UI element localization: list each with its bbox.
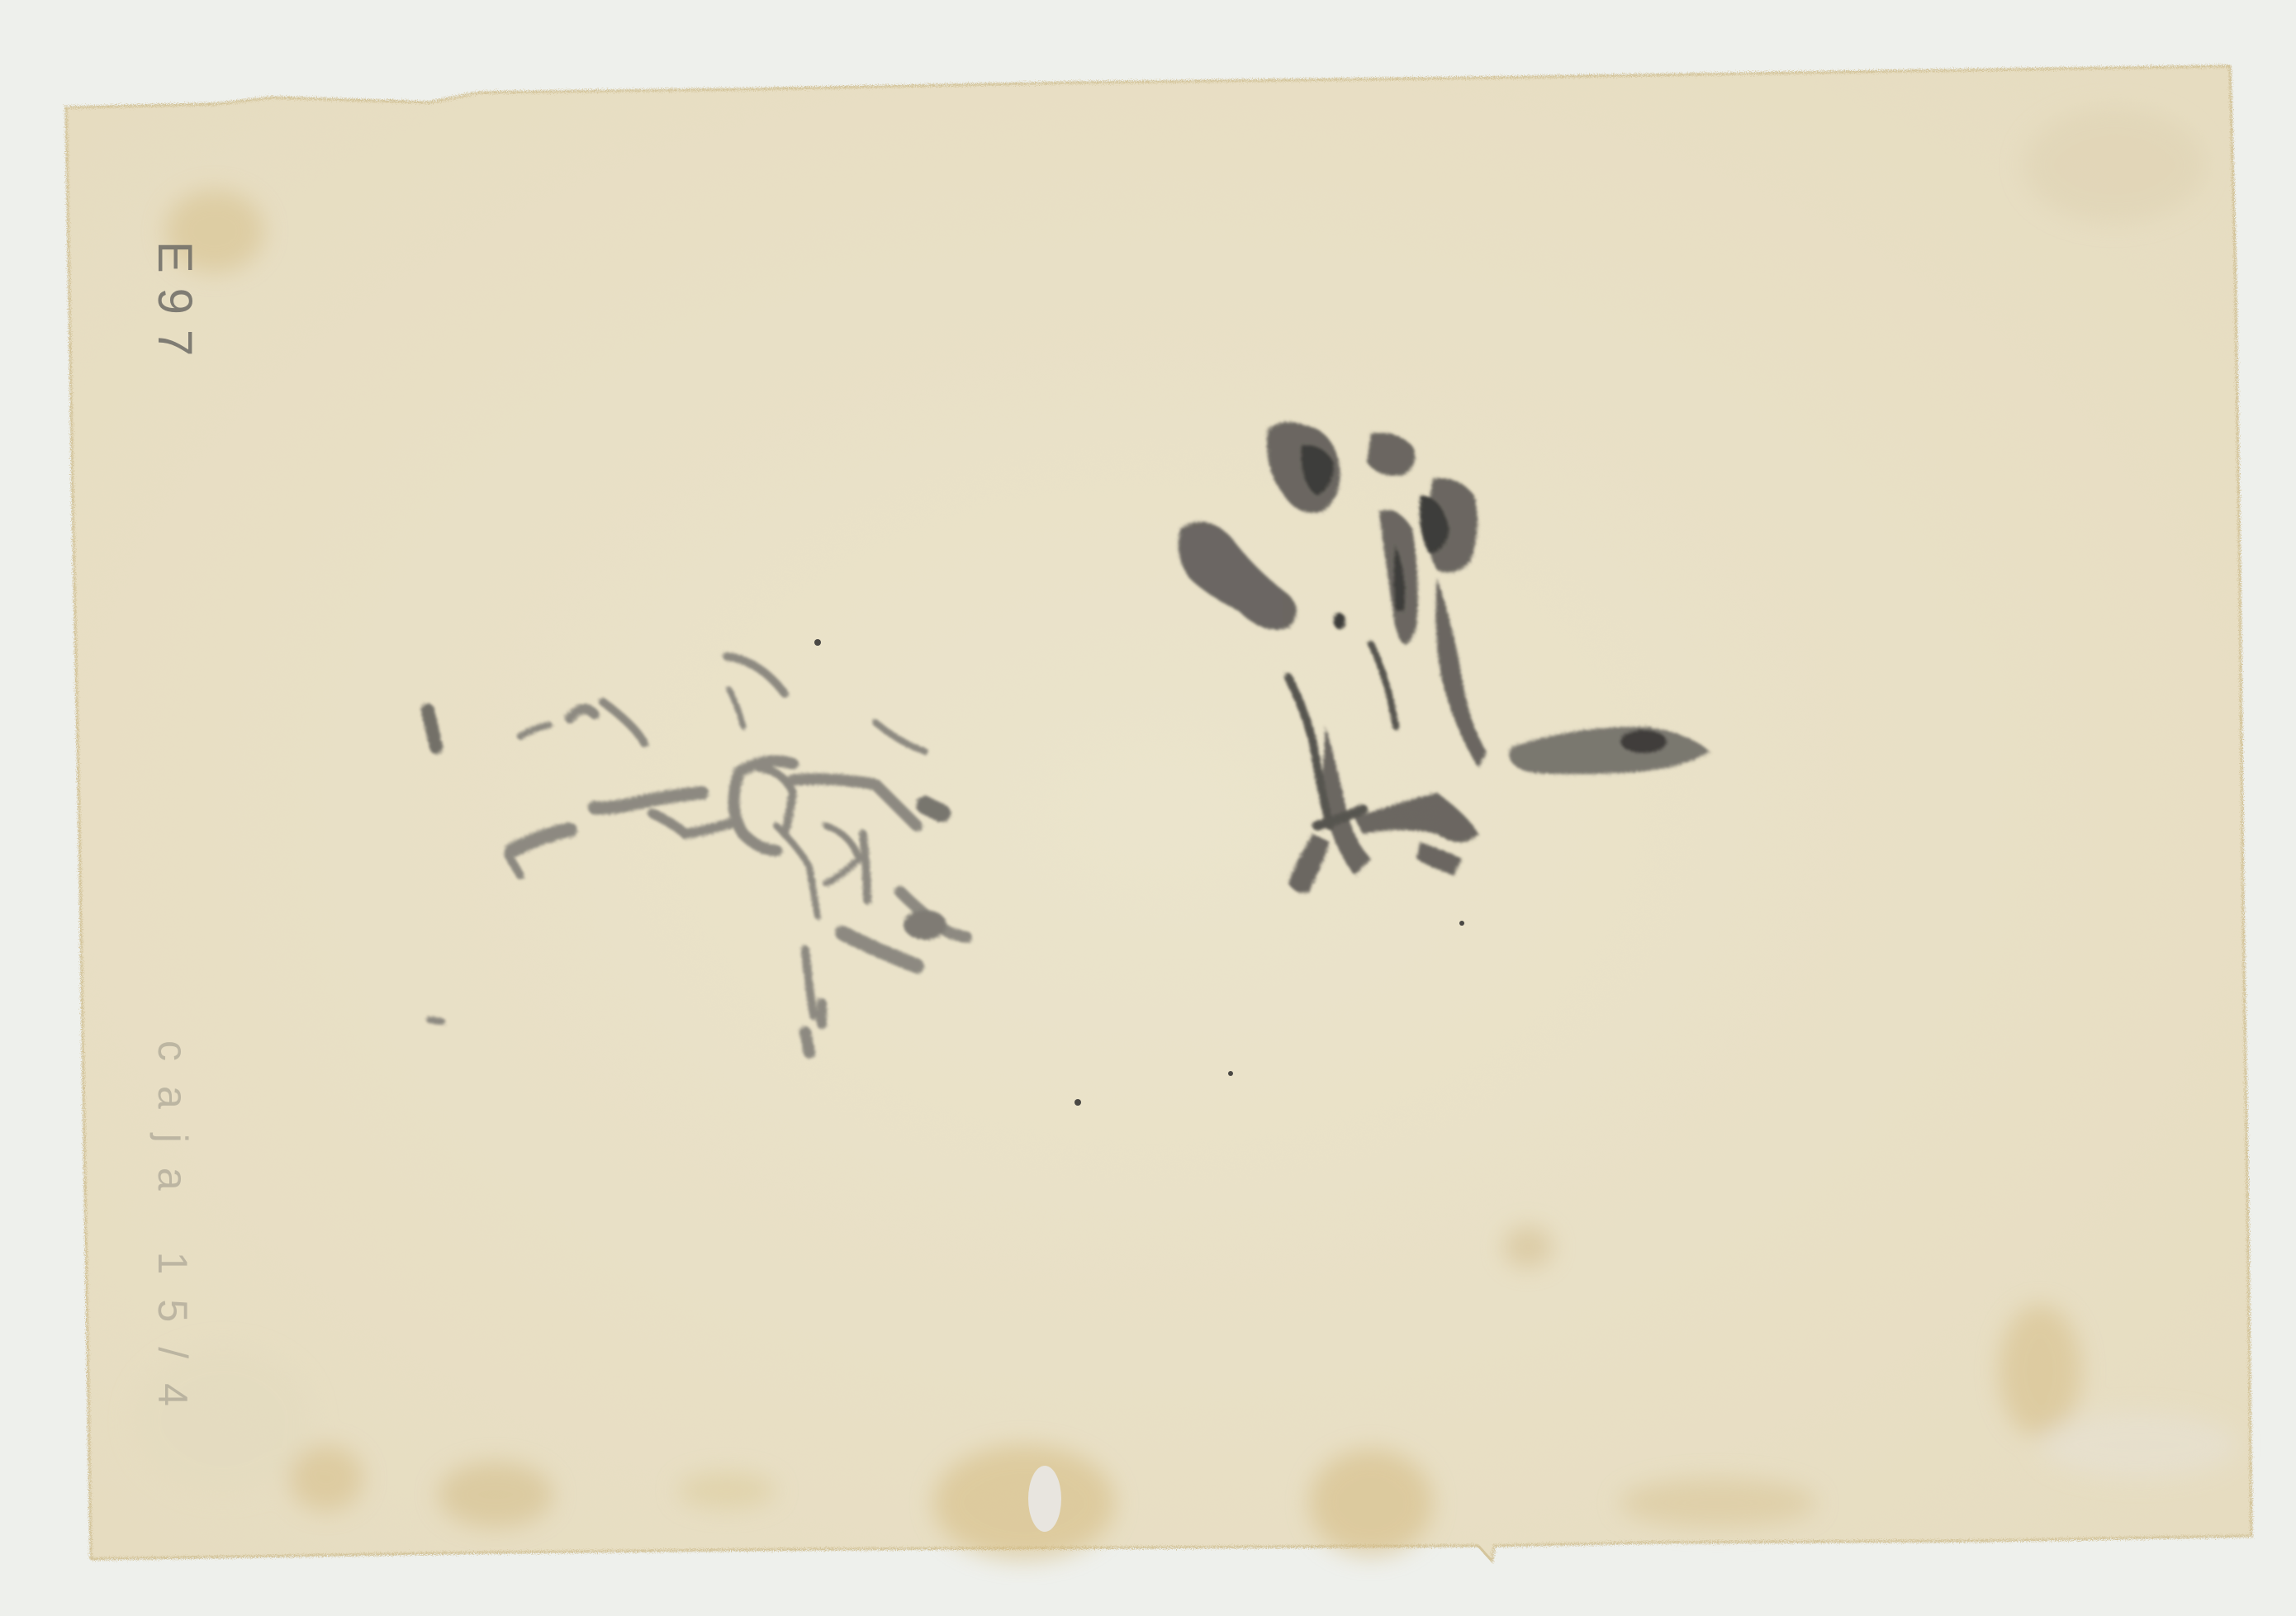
drawing-canvas [0,0,2296,1616]
scanned-drawing: E97 caja 15/4 [0,0,2296,1616]
paper-loss-spot [1028,1466,1061,1532]
box-note-inscription: caja 15/4 [149,1040,197,1431]
paper-sheet [66,66,2251,1561]
catalog-number-inscription: E97 [147,241,202,371]
